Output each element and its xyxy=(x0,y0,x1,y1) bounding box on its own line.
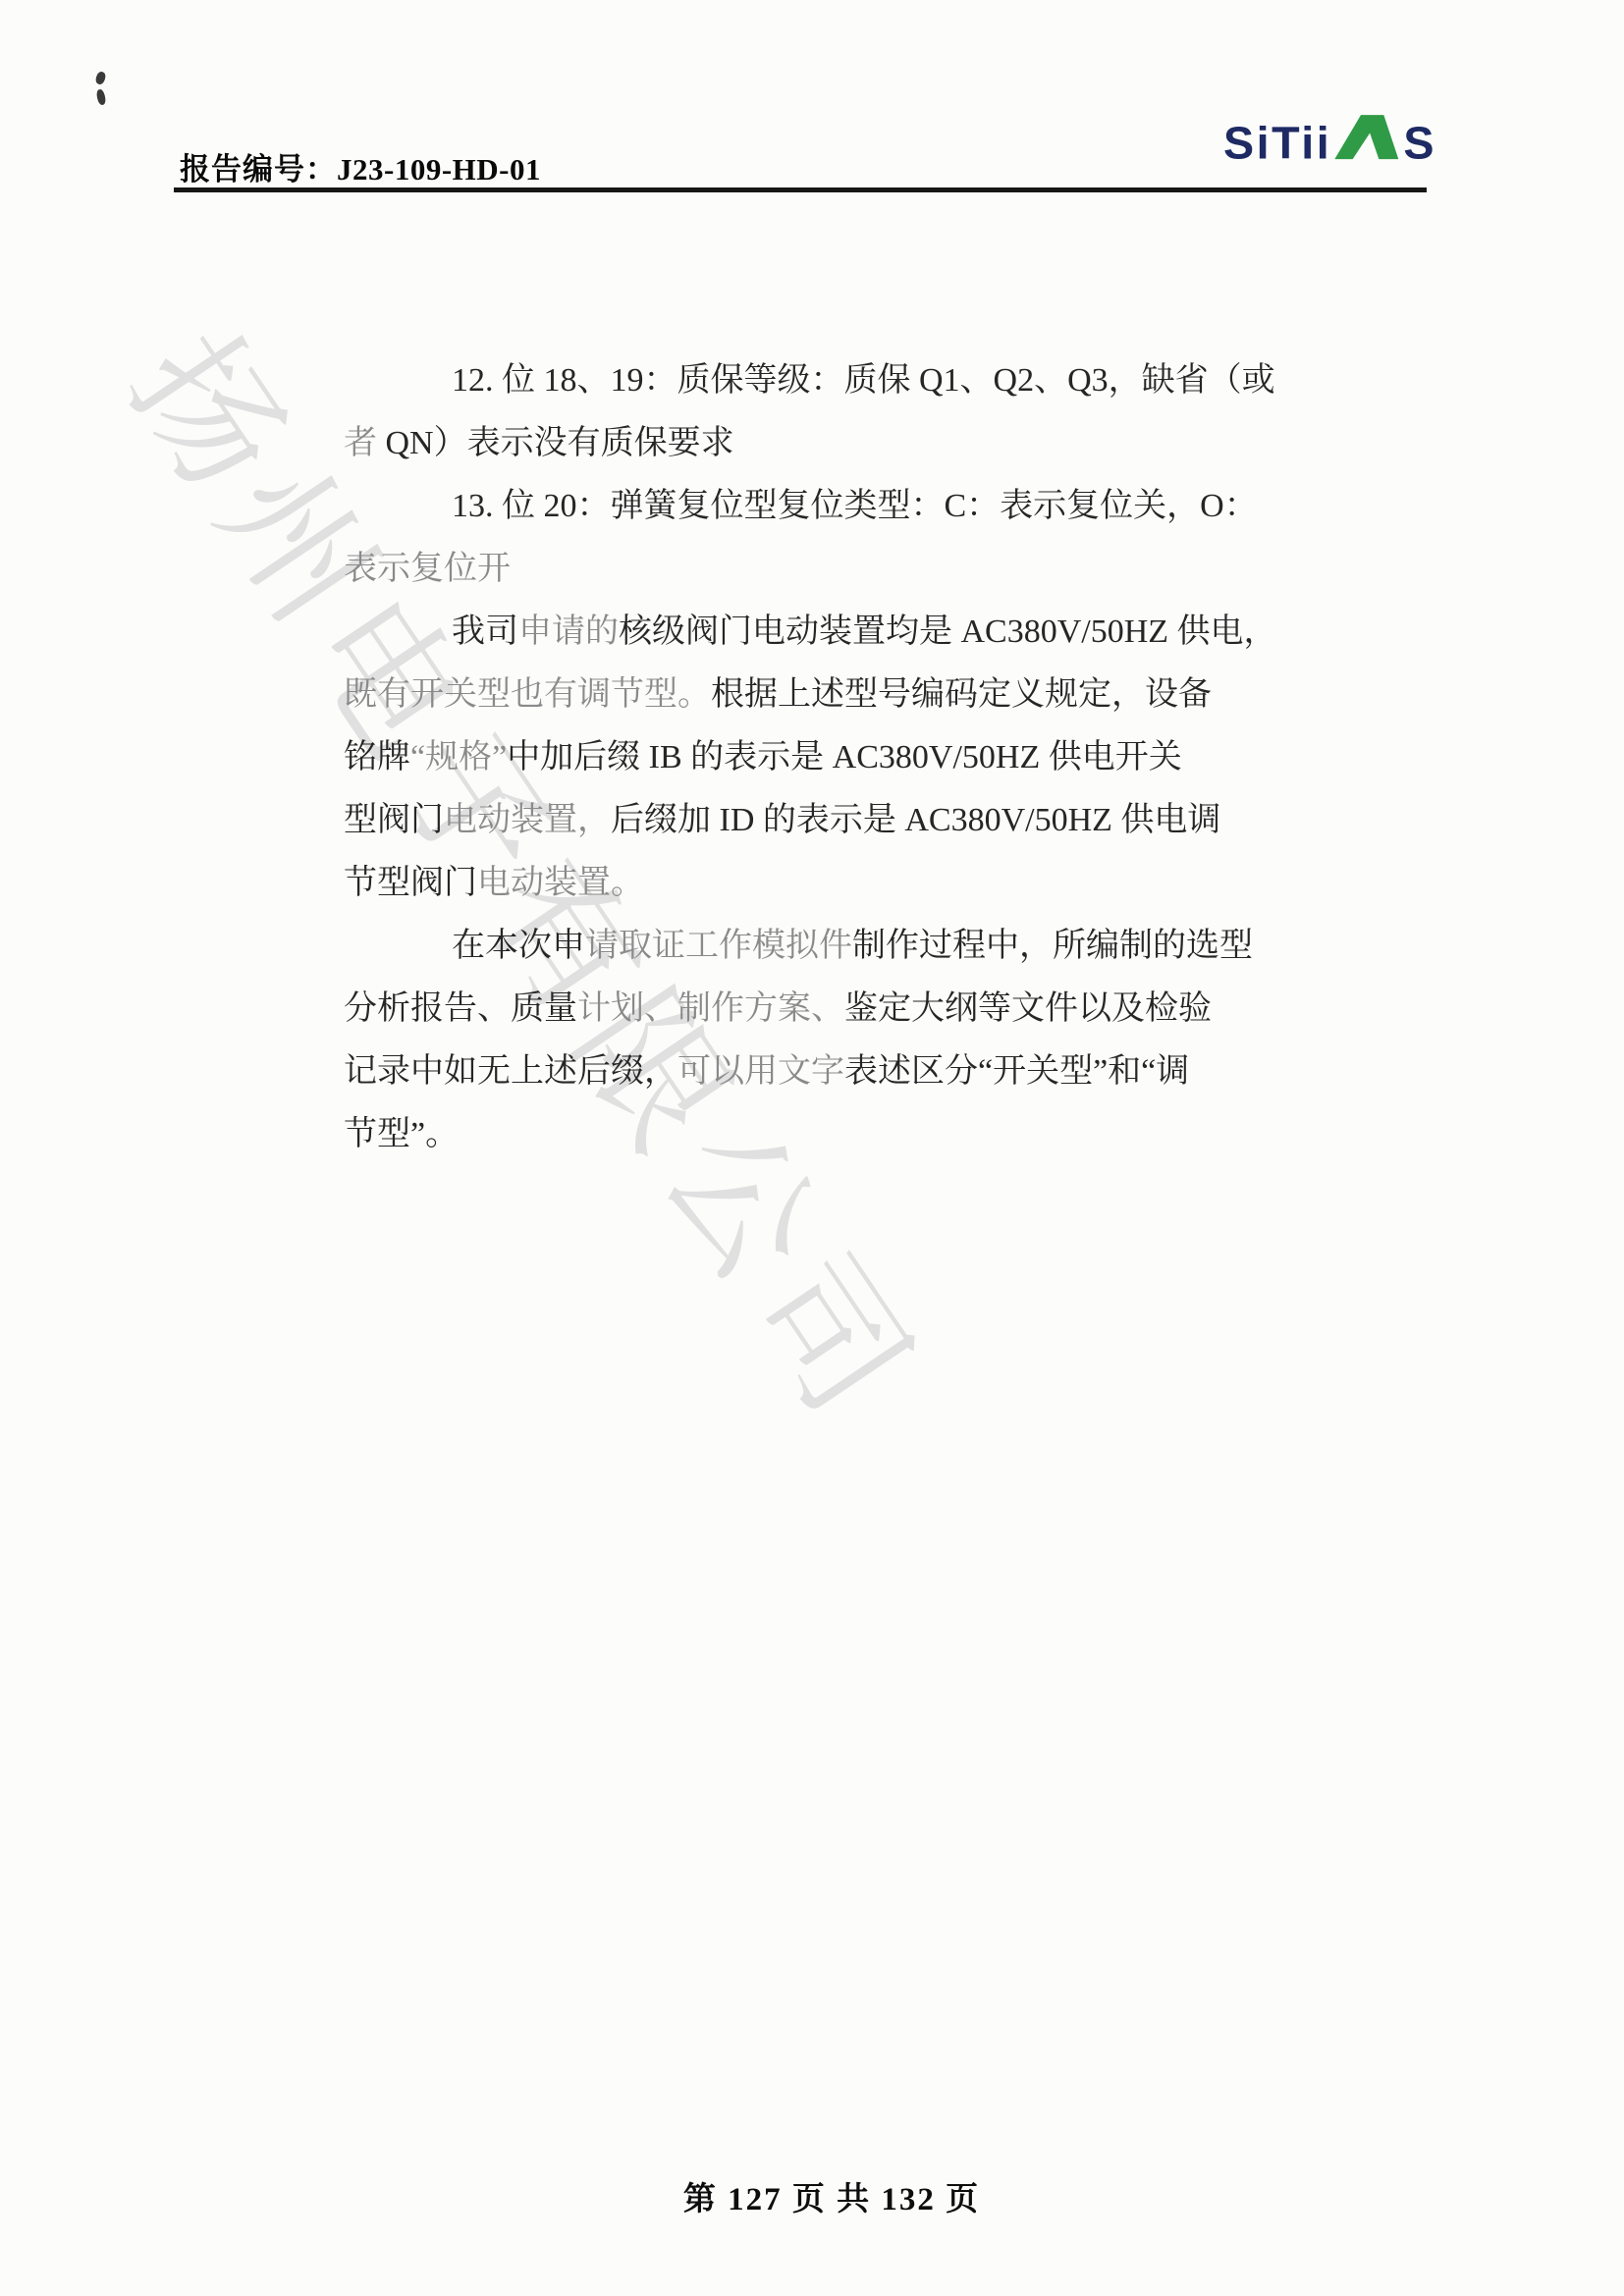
report-number-label: 报告编号： xyxy=(180,152,337,187)
body-line-segment: 根据上述型号编码定义规定，设备 xyxy=(711,676,1212,713)
body-line: 节型”。 xyxy=(344,1103,1286,1166)
body-line-segment: “规格” xyxy=(410,739,507,775)
body-line-segment: 表述区分“开关型”和“调 xyxy=(844,1053,1189,1090)
body-line-segment: 申请的 xyxy=(518,614,619,650)
body-line-segment: 12. 位 18、19：质保等级：质保 Q1、Q2、Q3，缺省（或 xyxy=(452,362,1275,399)
company-logo: SiTii S xyxy=(1223,110,1469,171)
scan-artifact xyxy=(94,71,107,85)
body-line: 表示复位开 xyxy=(344,538,1286,601)
logo-text-right: S xyxy=(1403,117,1436,168)
body-line-segment: 铭牌 xyxy=(344,739,410,775)
body-line: 13. 位 20：弹簧复位型复位类型：C：表示复位关，O： xyxy=(344,475,1286,538)
body-line-segment: 制作过程中，所编制的选型 xyxy=(852,928,1253,964)
body-line-segment: 节型”。 xyxy=(344,1116,459,1152)
body-line-segment: 后缀加 ID 的表示是 AC380V/50HZ 供电调 xyxy=(611,802,1220,838)
body-line: 分析报告、质量计划、制作方案、鉴定大纲等文件以及检验 xyxy=(344,978,1286,1041)
logo-letter-a-icon xyxy=(1334,115,1398,159)
body-line-segment: 者 xyxy=(344,425,386,461)
body-line-segment: 型阀门 xyxy=(344,802,444,838)
body-line-segment: QN）表示没有质保要求 xyxy=(386,425,734,461)
page-indicator: 第 127 页 共 132 页 xyxy=(20,2173,1624,2219)
body-line-segment: 电动装置， xyxy=(444,802,611,838)
body-line-segment: 记录中如无上述后缀， xyxy=(344,1053,677,1090)
body-line: 在本次申请取证工作模拟件制作过程中，所编制的选型 xyxy=(344,915,1286,978)
report-number-code: J23-109-HD-01 xyxy=(337,152,541,187)
body-line-segment: 可以用文字 xyxy=(677,1053,844,1090)
body-line-segment: 既有开关型也有调节型。 xyxy=(344,676,711,713)
body-line: 12. 位 18、19：质保等级：质保 Q1、Q2、Q3，缺省（或 xyxy=(344,349,1286,412)
body-line: 节型阀门电动装置。 xyxy=(344,852,1286,915)
body-line-segment: 计划、制作方案、 xyxy=(577,990,844,1027)
body-line-segment: 请取证工作模拟件 xyxy=(585,928,852,964)
document-page: 扬州电子有限公司 报告编号：J23-109-HD-01 SiTii S 12. … xyxy=(0,0,1624,2296)
body-line-segment: 分析报告、质量 xyxy=(344,990,577,1027)
body-line-segment: 中加后缀 IB 的表示是 AC380V/50HZ 供电开关 xyxy=(507,739,1182,775)
body-line: 者 QN）表示没有质保要求 xyxy=(344,412,1286,475)
logo-text-left: SiTii xyxy=(1223,117,1331,168)
body-line: 既有开关型也有调节型。根据上述型号编码定义规定，设备 xyxy=(344,664,1286,726)
body-line: 型阀门电动装置，后缀加 ID 的表示是 AC380V/50HZ 供电调 xyxy=(344,789,1286,852)
body-line-segment: 电动装置。 xyxy=(477,865,644,901)
body-text: 12. 位 18、19：质保等级：质保 Q1、Q2、Q3，缺省（或者 QN）表示… xyxy=(344,349,1286,1166)
body-line: 铭牌“规格”中加后缀 IB 的表示是 AC380V/50HZ 供电开关 xyxy=(344,726,1286,789)
report-number: 报告编号：J23-109-HD-01 xyxy=(180,144,541,188)
body-line: 记录中如无上述后缀，可以用文字表述区分“开关型”和“调 xyxy=(344,1041,1286,1103)
body-line-segment: 在本次申 xyxy=(452,928,585,964)
body-line-segment: 核级阀门电动装置均是 AC380V/50HZ 供电， xyxy=(619,614,1277,650)
body-line-segment: 我司 xyxy=(452,614,518,650)
body-line-segment: 13. 位 20：弹簧复位型复位类型：C：表示复位关，O： xyxy=(452,488,1258,524)
header-rule xyxy=(174,187,1427,192)
scan-artifact xyxy=(95,88,106,105)
body-line: 我司申请的核级阀门电动装置均是 AC380V/50HZ 供电， xyxy=(344,601,1286,664)
body-line-segment: 鉴定大纲等文件以及检验 xyxy=(844,990,1212,1027)
body-line-segment: 节型阀门 xyxy=(344,865,477,901)
body-line-segment: 表示复位开 xyxy=(344,551,511,587)
